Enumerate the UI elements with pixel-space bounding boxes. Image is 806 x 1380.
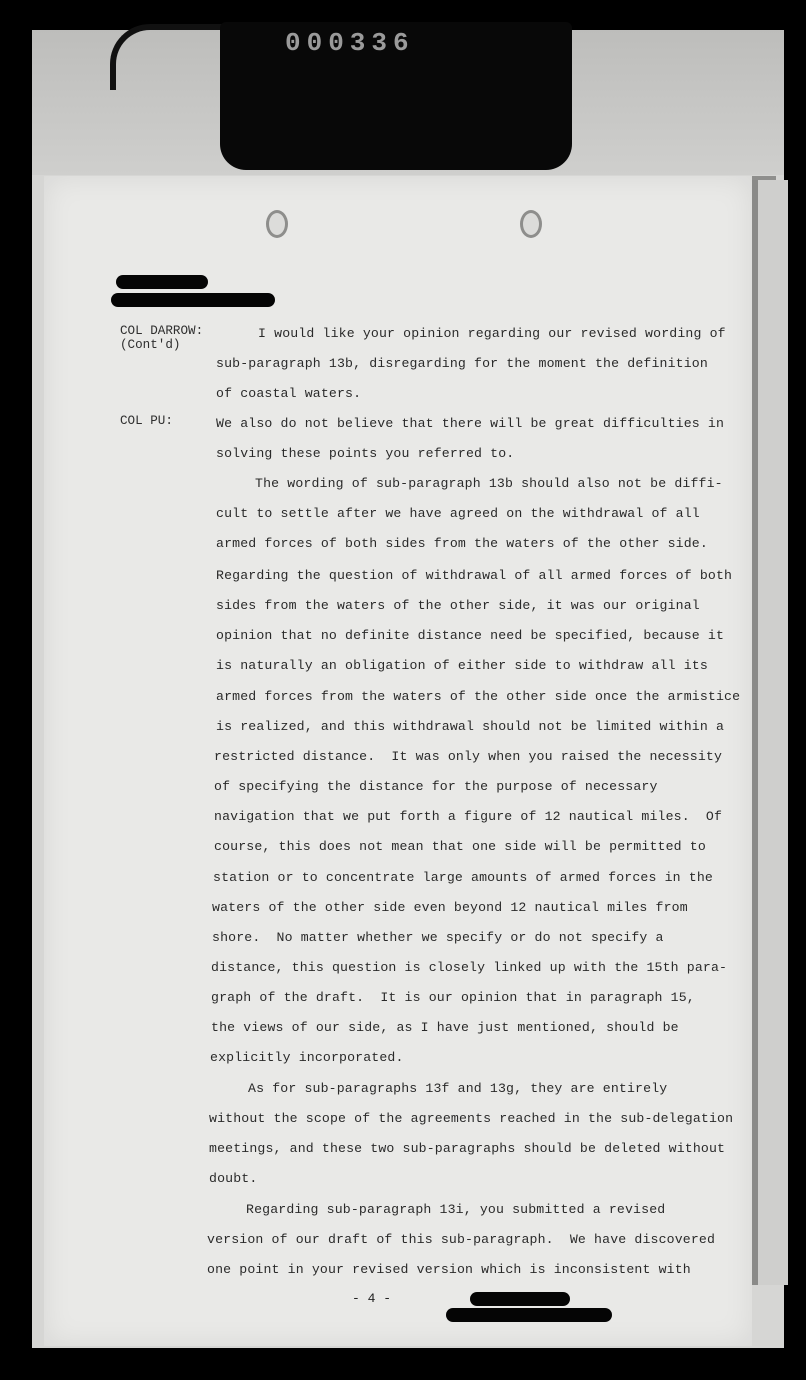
text-line: Regarding the question of withdrawal of … [216,568,732,583]
text-line: is naturally an obligation of either sid… [216,658,708,673]
text-line: version of our draft of this sub-paragra… [207,1232,715,1247]
text-line: is realized, and this withdrawal should … [216,719,724,734]
text-line: I would like your opinion regarding our … [258,326,726,341]
text-line: meetings, and these two sub-paragraphs s… [209,1141,725,1156]
underlying-page-edge [752,180,788,1285]
page-number: - 4 - [352,1291,391,1306]
redaction-bar [111,293,275,307]
text-line: the views of our side, as I have just me… [211,1020,679,1035]
text-line: armed forces of both sides from the wate… [216,536,708,551]
text-line: The wording of sub-paragraph 13b should … [255,476,723,491]
binder-clip: 000336 [220,22,572,170]
document-page: COL DARROW: (Cont'd) COL PU: I would lik… [44,176,752,1346]
text-line: one point in your revised version which … [207,1262,691,1277]
text-line: opinion that no definite distance need b… [216,628,724,643]
text-line: distance, this question is closely linke… [211,960,727,975]
text-line: We also do not believe that there will b… [216,416,724,431]
speaker-col-darrow: COL DARROW: [120,324,203,338]
redaction-bar [446,1308,612,1322]
redaction-bar [116,275,208,289]
frame-counter: 000336 [285,28,415,58]
speaker-contd-note: (Cont'd) [120,338,180,352]
punch-hole-icon [266,210,288,238]
text-line: shore. No matter whether we specify or d… [212,930,664,945]
text-line: course, this does not mean that one side… [214,839,706,854]
text-line: As for sub-paragraphs 13f and 13g, they … [248,1081,667,1096]
text-line: explicitly incorporated. [210,1050,404,1065]
text-line: navigation that we put forth a figure of… [214,809,722,824]
text-line: graph of the draft. It is our opinion th… [211,990,695,1005]
speaker-col-pu: COL PU: [120,414,173,428]
text-line: of coastal waters. [216,386,361,401]
text-line: doubt. [209,1171,257,1186]
text-line: sides from the waters of the other side,… [216,598,700,613]
text-line: of specifying the distance for the purpo… [214,779,658,794]
text-line: station or to concentrate large amounts … [213,870,713,885]
text-line: sub-paragraph 13b, disregarding for the … [216,356,708,371]
text-line: waters of the other side even beyond 12 … [212,900,688,915]
text-line: Regarding sub-paragraph 13i, you submitt… [246,1202,665,1217]
text-line: armed forces from the waters of the othe… [216,689,740,704]
punch-hole-icon [520,210,542,238]
text-line: restricted distance. It was only when yo… [214,749,722,764]
text-line: solving these points you referred to. [216,446,514,461]
text-line: without the scope of the agreements reac… [209,1111,733,1126]
text-line: cult to settle after we have agreed on t… [216,506,700,521]
redaction-bar [470,1292,570,1306]
